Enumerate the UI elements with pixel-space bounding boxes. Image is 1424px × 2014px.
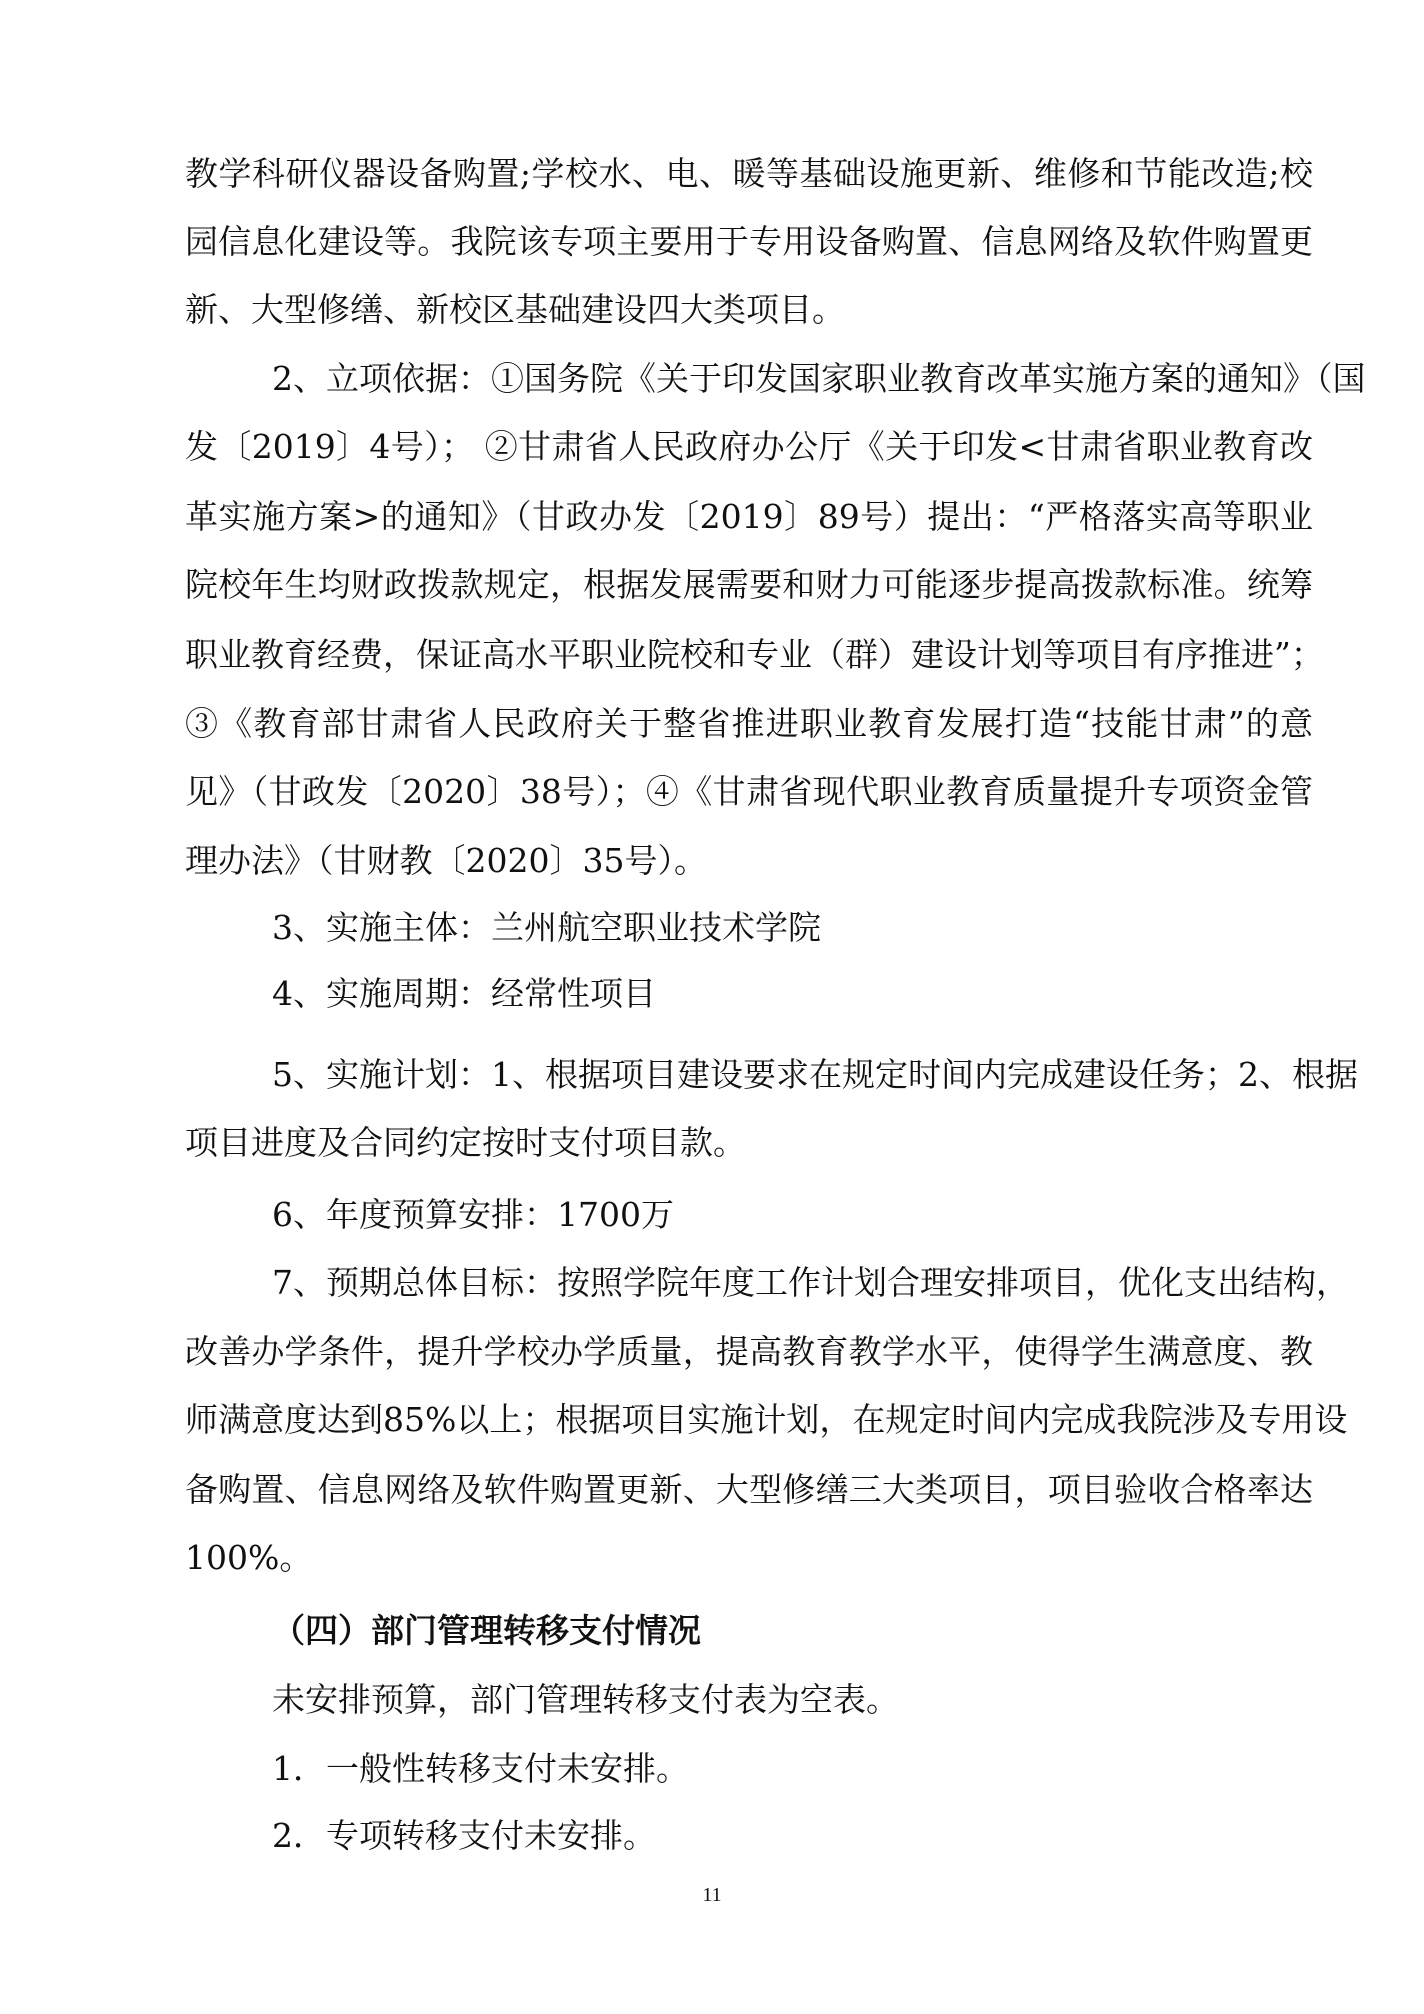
text-line: 教学科研仪器设备购置;学校水、电、暖等基础设施更新、维修和节能改造;校 — [185, 152, 1313, 196]
text-line: 革实施方案>的通知》（甘政办发〔2019〕89号）提出：“严格落实高等职业 — [185, 495, 1313, 539]
page-number: 11 — [0, 1884, 1424, 1907]
text-line: 理办法》（甘财教〔2020〕35号）。 — [185, 839, 1313, 883]
text-line: 未安排预算，部门管理转移支付表为空表。 — [272, 1678, 1313, 1722]
text-line: 新、大型修缮、新校区基础建设四大类项目。 — [185, 288, 1313, 332]
text-line: 见》（甘政发〔2020〕38号）；④《甘肃省现代职业教育质量提升专项资金管 — [185, 770, 1313, 814]
text-line: 园信息化建设等。我院该专项主要用于专用设备购置、信息网络及软件购置更 — [185, 220, 1313, 264]
text-line: 100%。 — [185, 1536, 1313, 1580]
text-line: 3、实施主体：兰州航空职业技术学院 — [272, 906, 1313, 950]
text-line: 院校年生均财政拨款规定，根据发展需要和财力可能逐步提高拨款标准。统筹 — [185, 563, 1313, 607]
text-line: ③《教育部甘肃省人民政府关于整省推进职业教育发展打造“技能甘肃”的意 — [185, 702, 1313, 746]
text-line: 5、实施计划：1、根据项目建设要求在规定时间内完成建设任务；2、根据 — [272, 1053, 1313, 1097]
text-line: 改善办学条件，提升学校办学质量，提高教育教学水平，使得学生满意度、教 — [185, 1330, 1313, 1374]
text-line: 2、立项依据：①国务院《关于印发国家职业教育改革实施方案的通知》（国 — [272, 357, 1313, 401]
text-line: 6、年度预算安排：1700万 — [272, 1193, 1313, 1237]
section-heading: （四）部门管理转移支付情况 — [272, 1609, 1313, 1653]
text-line: 发〔2019〕4号）； ②甘肃省人民政府办公厅《关于印发<甘肃省职业教育改 — [185, 425, 1313, 469]
text-line: 4、实施周期：经常性项目 — [272, 972, 1313, 1016]
list-item: 2．专项转移支付未安排。 — [272, 1814, 1313, 1858]
list-item: 1．一般性转移支付未安排。 — [272, 1747, 1313, 1791]
text-line: 师满意度达到85%以上；根据项目实施计划，在规定时间内完成我院涉及专用设 — [185, 1398, 1313, 1442]
text-line: 项目进度及合同约定按时支付项目款。 — [185, 1121, 1313, 1165]
text-line: 职业教育经费，保证高水平职业院校和专业（群）建设计划等项目有序推进”； — [185, 633, 1313, 677]
text-line: 备购置、信息网络及软件购置更新、大型修缮三大类项目，项目验收合格率达 — [185, 1468, 1313, 1512]
text-line: 7、预期总体目标：按照学院年度工作计划合理安排项目，优化支出结构， — [272, 1261, 1313, 1305]
